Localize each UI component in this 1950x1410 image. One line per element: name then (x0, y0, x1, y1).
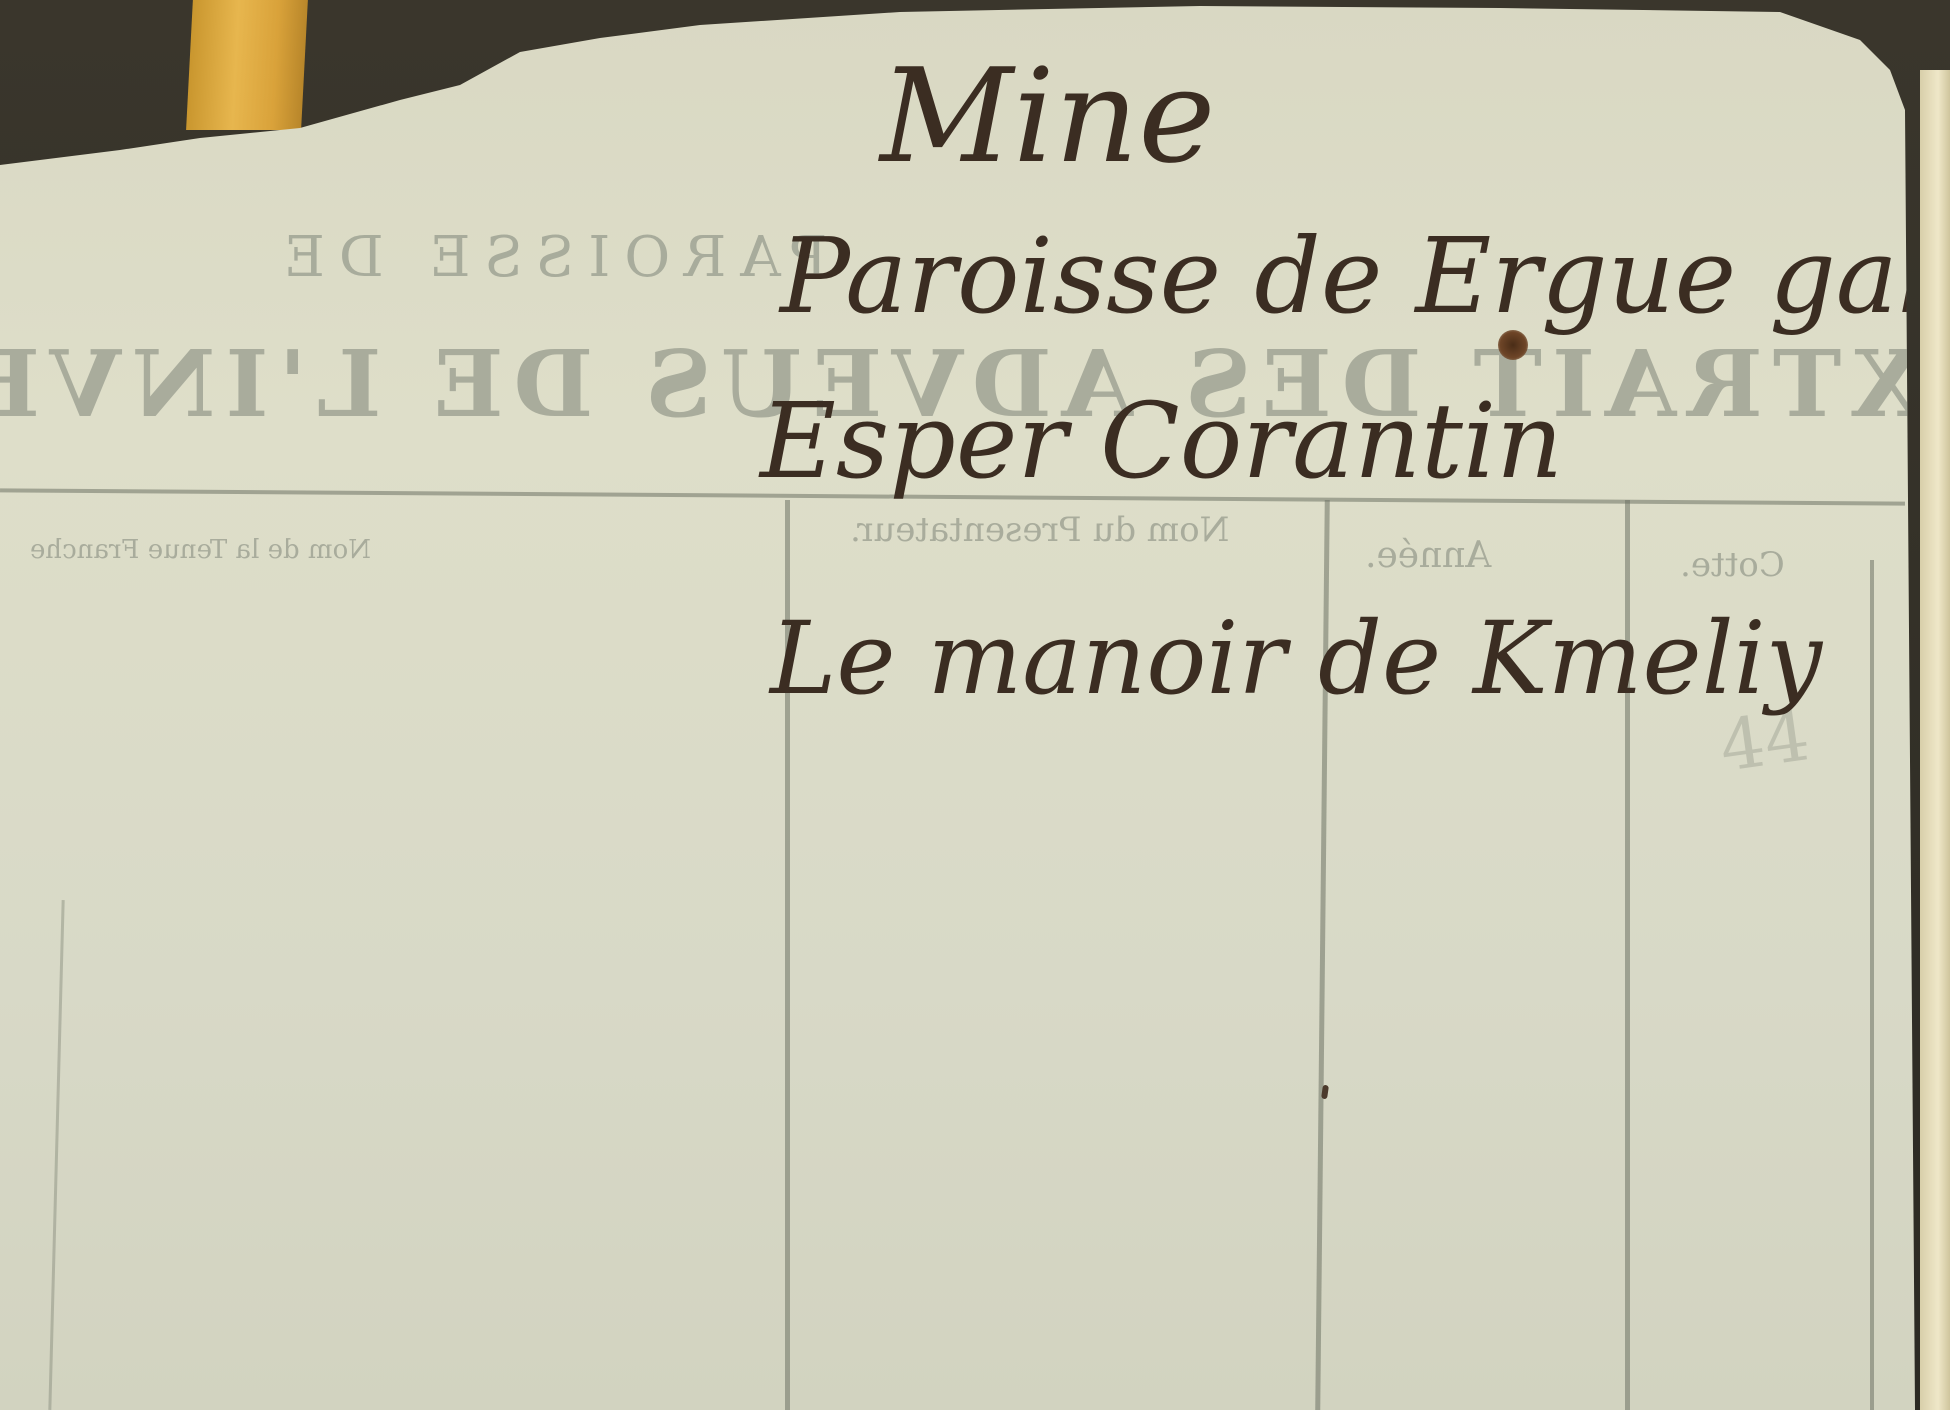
table-column-rule-left (48, 900, 64, 1410)
handwritten-manor: Le manoir de Kmeliy (770, 600, 1822, 717)
bleed-header-parish: PAROISSE DE (270, 225, 827, 290)
handwritten-name: Esper Corantin (760, 380, 1563, 502)
ink-blot (1498, 330, 1528, 360)
ink-speck (1321, 1085, 1329, 1100)
table-column-rule-4 (1870, 560, 1874, 1410)
bleed-column-annee: Année. (1365, 535, 1491, 576)
bleed-column-tenue: Nom de la Tenue Franche (30, 535, 371, 565)
yellow-bookmark-strip (186, 0, 309, 130)
handwritten-parish: Paroisse de Ergue gab (780, 215, 1950, 337)
manuscript-page: PAROISSE DE EXTRAIT DES ADVEUS DE L'INVE… (0, 0, 1925, 1410)
adjacent-page-edge (1920, 70, 1950, 1410)
bleed-column-presentateur: Nom du Presentateur. (850, 510, 1229, 550)
bleed-column-cotte: Cotte. (1680, 545, 1785, 585)
handwritten-title: Mine (880, 40, 1215, 192)
